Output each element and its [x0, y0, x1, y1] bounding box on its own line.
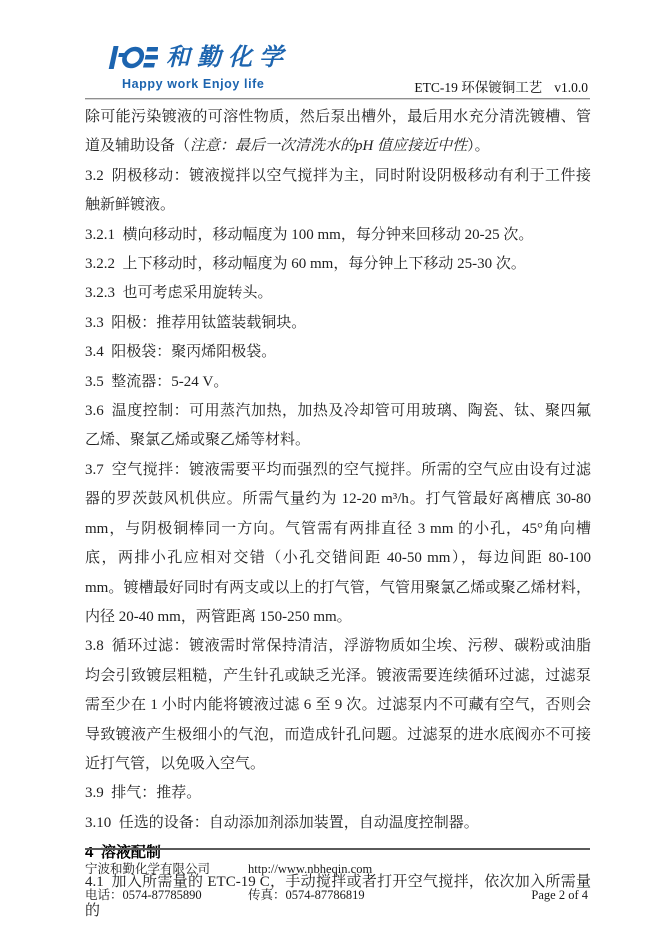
- phone-number: 电话：0574-87785890: [85, 882, 202, 908]
- paragraph-text: 3.10 任选的设备：自动添加剂添加装置，自动温度控制器。: [85, 815, 479, 831]
- paragraph: 3.2.1 横向移动时，移动幅度为 100 mm，每分钟来回移动 20-25 次…: [85, 221, 591, 250]
- paragraph: 3.3 阳极：推荐用钛篮装载铜块。: [85, 309, 591, 338]
- doc-title: ETC-19 环保镀铜工艺: [414, 80, 542, 95]
- footer-row-1: 宁波和勤化学有限公司 http://www.nbheqin.com: [85, 856, 588, 882]
- website-url: http://www.nbheqin.com: [248, 856, 372, 882]
- paragraph: 3.9 排气：推荐。: [85, 779, 591, 808]
- document-page: 和勤化学 Happy work Enjoy life ETC-19 环保镀铜工艺…: [0, 0, 671, 950]
- paragraph-text: 3.7 空气搅拌：镀液需要平均而强烈的空气搅拌。所需的空气应由设有过滤器的罗茨鼓…: [85, 462, 591, 625]
- doc-version: v1.0.0: [554, 80, 588, 95]
- paragraph: 3.6 温度控制：可用蒸汽加热，加热及冷却管可用玻璃、陶瓷、钛、聚四氟乙烯、聚氯…: [85, 397, 591, 456]
- paragraph-text: 3.5 整流器：5-24 V。: [85, 374, 228, 390]
- hqe-monogram-icon: [108, 44, 158, 71]
- company-name: 宁波和勤化学有限公司: [85, 856, 210, 882]
- paragraph-text: 3.2.3 也可考虑采用旋转头。: [85, 285, 273, 301]
- paragraph: 3.2.3 也可考虑采用旋转头。: [85, 279, 591, 308]
- fax-number: 传真：0574-87786819: [248, 882, 365, 908]
- footer-divider: [85, 848, 590, 850]
- paragraph: 3.10 任选的设备：自动添加剂添加装置，自动温度控制器。: [85, 809, 591, 838]
- paragraph: 3.2.2 上下移动时，移动幅度为 60 mm，每分钟上下移动 25-30 次。: [85, 250, 591, 279]
- paragraph: 3.8 循环过滤：镀液需时常保持清洁，浮游物质如尘埃、污秽、碳粉或油脂均会引致镀…: [85, 632, 591, 779]
- paragraph-text: ）。: [467, 138, 490, 154]
- paragraph-text: 3.2.1 横向移动时，移动幅度为 100 mm，每分钟来回移动 20-25 次…: [85, 227, 533, 243]
- paragraph-text: 3.4 阳极袋：聚丙烯阳极袋。: [85, 344, 276, 360]
- paragraph-text: 3.3 阳极：推荐用钛篮装载铜块。: [85, 315, 306, 331]
- paragraph-text: 3.2 阴极移动：镀液搅拌以空气搅拌为主，同时附设阴极移动有利于工件接触新鲜镀液…: [85, 168, 591, 213]
- paragraph-text: 3.8 循环过滤：镀液需时常保持清洁，浮游物质如尘埃、污秽、碳粉或油脂均会引致镀…: [85, 638, 591, 772]
- brand-name: 和勤化学: [166, 46, 290, 70]
- page-number: Page 2 of 4: [531, 882, 588, 908]
- paragraph-text: 3.9 排气：推荐。: [85, 785, 201, 801]
- page-footer: 宁波和勤化学有限公司 http://www.nbheqin.com 电话：057…: [85, 856, 588, 908]
- paragraph-text: 3.2.2 上下移动时，移动幅度为 60 mm，每分钟上下移动 25-30 次。: [85, 256, 526, 272]
- company-logo: 和勤化学 Happy work Enjoy life: [108, 44, 290, 91]
- paragraph: 3.7 空气搅拌：镀液需要平均而强烈的空气搅拌。所需的空气应由设有过滤器的罗茨鼓…: [85, 456, 591, 632]
- paragraph: 3.2 阴极移动：镀液搅拌以空气搅拌为主，同时附设阴极移动有利于工件接触新鲜镀液…: [85, 162, 591, 221]
- footer-row-2: 电话：0574-87785890 传真：0574-87786819 Page 2…: [85, 882, 588, 908]
- logo-tagline: Happy work Enjoy life: [122, 77, 290, 91]
- paragraph-text: 3.6 温度控制：可用蒸汽加热，加热及冷却管可用玻璃、陶瓷、钛、聚四氟乙烯、聚氯…: [85, 403, 591, 448]
- header-divider: [85, 98, 590, 100]
- paragraph: 3.5 整流器：5-24 V。: [85, 368, 591, 397]
- italic-note-text: 注意：最后一次清洗水的pH 值应接近中性: [190, 138, 467, 154]
- paragraph: 3.4 阳极袋：聚丙烯阳极袋。: [85, 338, 591, 367]
- paragraph: 除可能污染镀液的可溶性物质，然后泵出槽外，最后用水充分清洗镀槽、管道及辅助设备（…: [85, 103, 591, 162]
- document-body: 除可能污染镀液的可溶性物质，然后泵出槽外，最后用水充分清洗镀槽、管道及辅助设备（…: [85, 103, 591, 926]
- doc-title-block: ETC-19 环保镀铜工艺v1.0.0: [414, 76, 588, 96]
